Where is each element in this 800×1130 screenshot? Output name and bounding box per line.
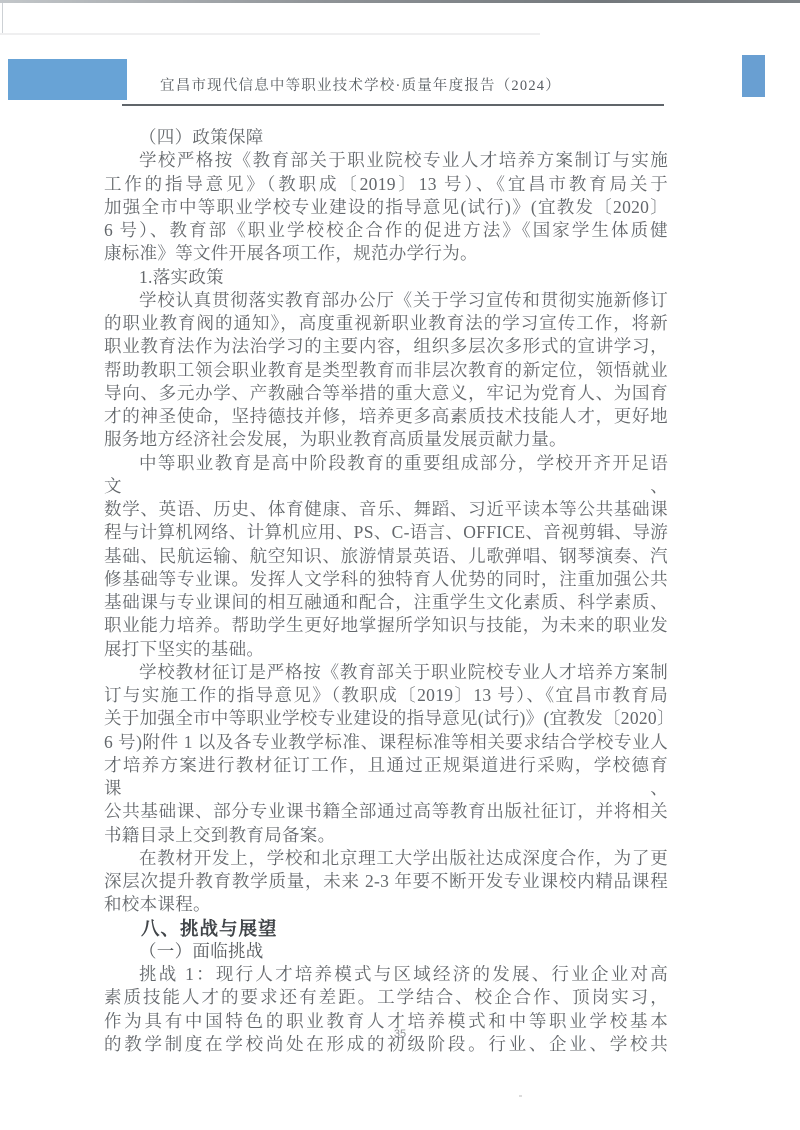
scan-speck xyxy=(519,1095,522,1097)
chapter-heading: 八、挑战与展望 xyxy=(104,917,668,940)
scan-smudge-line xyxy=(0,33,540,35)
text-line: 在教材开发上，学校和北京理工大学出版社达成深度合作，为了更 xyxy=(104,847,668,870)
section-heading: （四）政策保障 xyxy=(104,126,668,149)
text-line: 帮助教职工领会职业教育是类型教育而非层次教育的新定位，领悟就业 xyxy=(104,359,668,382)
text-line: 学校认真贯彻落实教育部办公厅《关于学习宣传和贯彻实施新修订 xyxy=(104,289,668,312)
scan-edge-line xyxy=(0,0,800,3)
text-line: 和校本课程。 xyxy=(104,893,668,916)
document-body: （四）政策保障 学校严格按《教育部关于职业院校专业人才培养方案制订与实施 工作的… xyxy=(104,126,668,1056)
text-line: 公共基础课、部分专业课书籍全部通过高等教育出版社征订，并将相关 xyxy=(104,800,668,823)
text-line: 职业能力培养。帮助学生更好地掌握所学知识与技能，为未来的职业发 xyxy=(104,614,668,637)
text-line: 工作的指导意见》（教职成〔2019〕13 号）、《宜昌市教育局关于 xyxy=(104,173,668,196)
text-line: 的职业教育阀的通知》，高度重视新职业教育法的学习宣传工作，将新 xyxy=(104,312,668,335)
text-line: 中等职业教育是高中阶段教育的重要组成部分，学校开齐开足语文、 xyxy=(104,452,668,499)
text-line: 书籍目录上交到教育局备案。 xyxy=(104,824,668,847)
text-line: 挑战 1：现行人才培养模式与区域经济的发展、行业企业对高 xyxy=(104,963,668,986)
header-rule xyxy=(122,104,664,106)
text-line: 康标准》等文件开展各项工作，规范办学行为。 xyxy=(104,242,668,265)
text-line: 基础、民航运输、航空知识、旅游情景英语、儿歌弹唱、钢琴演奏、汽 xyxy=(104,545,668,568)
report-header-title: 宜昌市现代信息中等职业技术学校·质量年度报告（2024） xyxy=(160,74,680,95)
text-line: 程与计算机网络、计算机应用、PS、C-语言、OFFICE、音视剪辑、导游 xyxy=(104,521,668,544)
text-line: 导向、多元办学、产教融合等举措的重大意义，牢记为党育人、为国育 xyxy=(104,382,668,405)
text-line: 深层次提升教育教学质量，未来 2-3 年要不断开发专业课校内精品课程 xyxy=(104,870,668,893)
text-line: 修基础等专业课。发挥人文学科的独特育人优势的同时，注重加强公共 xyxy=(104,568,668,591)
text-line: 才培养方案进行教材征订工作，且通过正规渠道进行采购，学校德育课、 xyxy=(104,754,668,801)
text-line: 6 号）、教育部《职业学校校企合作的促进方法》《国家学生体质健 xyxy=(104,219,668,242)
section-heading: （一）面临挑战 xyxy=(104,940,668,963)
text-line: 展打下坚实的基础。 xyxy=(104,638,668,661)
text-line: 素质技能人才的要求还有差距。工学结合、校企合作、顶岗实习， xyxy=(104,986,668,1009)
header-left-blue-block xyxy=(8,59,127,100)
text-line: 职业教育法作为法治学习的主要内容，组织多层次多形式的宣讲学习， xyxy=(104,335,668,358)
text-line: 关于加强全市中等职业学校专业建设的指导意见(试行)》(宜教发〔2020〕 xyxy=(104,707,668,730)
text-line: 数学、英语、历史、体育健康、音乐、舞蹈、习近平读本等公共基础课 xyxy=(104,498,668,521)
subsection-heading: 1.落实政策 xyxy=(104,266,668,289)
text-line: 基础课与专业课间的相互融通和配合，注重学生文化素质、科学素质、 xyxy=(104,591,668,614)
text-line: 6 号)附件 1 以及各专业教学标准、课程标准等相关要求结合学校专业人 xyxy=(104,731,668,754)
text-line: 服务地方经济社会发展，为职业教育高质量发展贡献力量。 xyxy=(104,428,668,451)
page-number: 35 xyxy=(0,1028,800,1040)
text-line: 订与实施工作的指导意见》（教职成〔2019〕13 号）、《宜昌市教育局 xyxy=(104,684,668,707)
text-line: 学校严格按《教育部关于职业院校专业人才培养方案制订与实施 xyxy=(104,149,668,172)
text-line: 加强全市中等职业学校专业建设的指导意见(试行)》(宜教发〔2020〕 xyxy=(104,196,668,219)
header-right-blue-block xyxy=(742,55,765,97)
text-line: 才的神圣使命，坚持德技并修，培养更多高素质技术技能人才，更好地 xyxy=(104,405,668,428)
text-line: 学校教材征订是严格按《教育部关于职业院校专业人才培养方案制 xyxy=(104,661,668,684)
scan-corner-mark xyxy=(2,3,3,35)
